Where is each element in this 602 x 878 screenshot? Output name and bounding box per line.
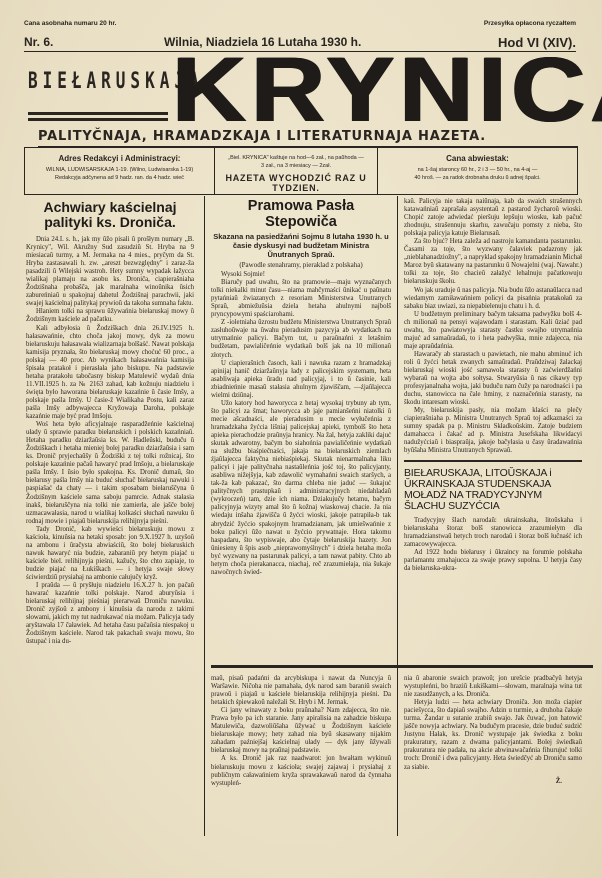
address-line: WILNIA, LUDWISARSKAJA 1-19. (Wilno, Ludw… bbox=[29, 166, 210, 174]
article-left-continued-2: nia ŭ abaronie swaich prawoŭ; jon urеšci… bbox=[404, 675, 582, 786]
article-right: kaŭ. Palicyja nie takaja naiŭnaja, kab d… bbox=[404, 198, 582, 573]
paragraph: Hetyja ludzi — heta achwiary Droniča. Jo… bbox=[404, 699, 582, 771]
masthead-decorative-bars bbox=[28, 112, 168, 124]
article-left: Achwiary kaścielnaj palityki ks. Droniča… bbox=[26, 198, 194, 646]
column-divider bbox=[204, 196, 205, 836]
article-left-continued: maŭ, pisaŭ padańni da arcybiskupa i nawa… bbox=[211, 675, 391, 788]
column-divider bbox=[397, 196, 398, 836]
info-box: Adres Redakcyi i Administracyi: WILNIA, … bbox=[24, 147, 578, 195]
salutation: Wysoki Sojmie! bbox=[211, 271, 391, 279]
paragraph: Z -ioletniaha ŭzrostu budžetu Ministerst… bbox=[211, 319, 391, 359]
article-right-second-title: BIEŁARUSKAJA, LITOŬSKAJA i ŬKRAINSKAJA S… bbox=[404, 468, 582, 512]
paragraph: Ci jany winawaty z boku praŭnaha? Nam zd… bbox=[211, 707, 391, 755]
paragraph: Kali adbyłosia ŭ Žodziškach dnia 26.IV.1… bbox=[26, 325, 194, 422]
article-left-title: Achwiary kaścielnaj palityki ks. Droniča… bbox=[26, 200, 194, 230]
section-divider bbox=[211, 665, 593, 668]
subscription-line-2: 3 zał., na 3 miesiacy — 2zał. bbox=[219, 162, 373, 170]
article-middle-title: Pramowa Pasła Stepowiča bbox=[211, 198, 391, 230]
postage-note: Przesyłka opłacona ryczałtem bbox=[484, 20, 576, 27]
paragraph: maŭ, pisaŭ padańni da arcybiskupa i nawa… bbox=[211, 675, 391, 707]
paragraph: Za što bjuć? Heta zaleža ad nastroju kam… bbox=[404, 238, 582, 286]
paragraph: A ks. Dronič jak raz naadwarot: jon hwał… bbox=[211, 755, 391, 787]
masthead-subtitle: PALITYČNAJA, HRAMADZKAJA I LITERATURNAJA… bbox=[38, 129, 578, 147]
paragraph: Woś heta było aficyjalnaje rasparadžeńni… bbox=[26, 421, 194, 526]
masthead-title: KRYNICA bbox=[172, 52, 602, 128]
paragraph: I praŭda — ŭ pryšłuju niadzielu 16.X.27 … bbox=[26, 582, 194, 646]
article-divider bbox=[404, 460, 582, 462]
paragraph: Tady Dronič, kab wywieści biełaruskuju m… bbox=[26, 526, 194, 582]
article-middle-subtitle: Skazana na pasiedžańni Sojmu 8 lutaha 19… bbox=[211, 232, 391, 259]
subscription-cell: „Biel. KRYNICA" kaštuje na hod—6 zał., n… bbox=[215, 148, 378, 194]
article-middle: Pramowa Pasła Stepowiča Skazana na pasie… bbox=[211, 198, 391, 577]
paragraph: nia ŭ abaronie swaich prawoŭ; jon urеšci… bbox=[404, 675, 582, 699]
paragraph: U ciapierašnich časoch, kali i nawuka ra… bbox=[211, 360, 391, 400]
paragraph: Hlaniem tolki na sprawu ŭžywańnia biełar… bbox=[26, 308, 194, 324]
newspaper-page: Cana asobnaha numaru 20 hr. Przesyłka op… bbox=[0, 0, 602, 878]
ad-prices-heading: Cana abwiestak: bbox=[382, 154, 573, 163]
address-cell: Adres Redakcyi i Administracyi: WILNIA, … bbox=[25, 148, 215, 194]
office-hours: Redakcyja adčynena ad 9 hadz. ran. da 4 … bbox=[29, 174, 210, 182]
paragraph: Ad 1922 hodu biełarusy i ŭkraincy na for… bbox=[404, 549, 582, 573]
paragraph: Wo jak uraduje ŭ nas palicyja. Nia budu … bbox=[404, 287, 582, 311]
publication-frequency: HAZETA WYCHODZIĆ RAZ U TYDZIEN. bbox=[219, 173, 373, 193]
address-heading: Adres Redakcyi i Administracyi: bbox=[29, 154, 210, 163]
article-middle-note: (Pawodle stenahramy, pieraklad z polskah… bbox=[211, 261, 391, 269]
paragraph: Dnia 24.I. s. h., jak my ŭžo pisali ŭ pr… bbox=[26, 236, 194, 308]
paragraph: kaŭ. Palicyja nie takaja naiŭnaja, kab d… bbox=[404, 198, 582, 238]
subscription-line-1: „Biel. KRYNICA" kaštuje na hod—6 zał., n… bbox=[219, 154, 373, 162]
price-note: Cana asobnaha numaru 20 hr. bbox=[24, 20, 116, 27]
ad-prices-cell: Cana abwiestak: na 1-šaj staroncy 60 hr.… bbox=[378, 148, 577, 194]
paragraph: Hawaračy ab starastach u pawietach, nie … bbox=[404, 351, 582, 407]
paragraph: Tradycyjny šlach narodaŭ: ukrainskaha, l… bbox=[404, 517, 582, 549]
paragraph: Biaručy pad uwahu, što na pramowie—maju … bbox=[211, 279, 391, 319]
ad-prices-line-1: na 1-šaj staroncy 60 hr., 2 i 3 — 50 hr.… bbox=[382, 166, 573, 174]
paragraph: My, biełaruskija pasły, nia možam klaści… bbox=[404, 407, 582, 455]
paragraph: U budžetnym preliminary bačym taksama pa… bbox=[404, 311, 582, 351]
paragraph: Užo katory hod haworycca z hetaj wysokaj… bbox=[211, 400, 391, 577]
ad-prices-line-2: 40 hroš. — za radok drobnaha druku ŭ adn… bbox=[382, 174, 573, 182]
author-signature: Ž. bbox=[404, 778, 582, 786]
issue-number: Nr. 6. bbox=[24, 35, 53, 49]
